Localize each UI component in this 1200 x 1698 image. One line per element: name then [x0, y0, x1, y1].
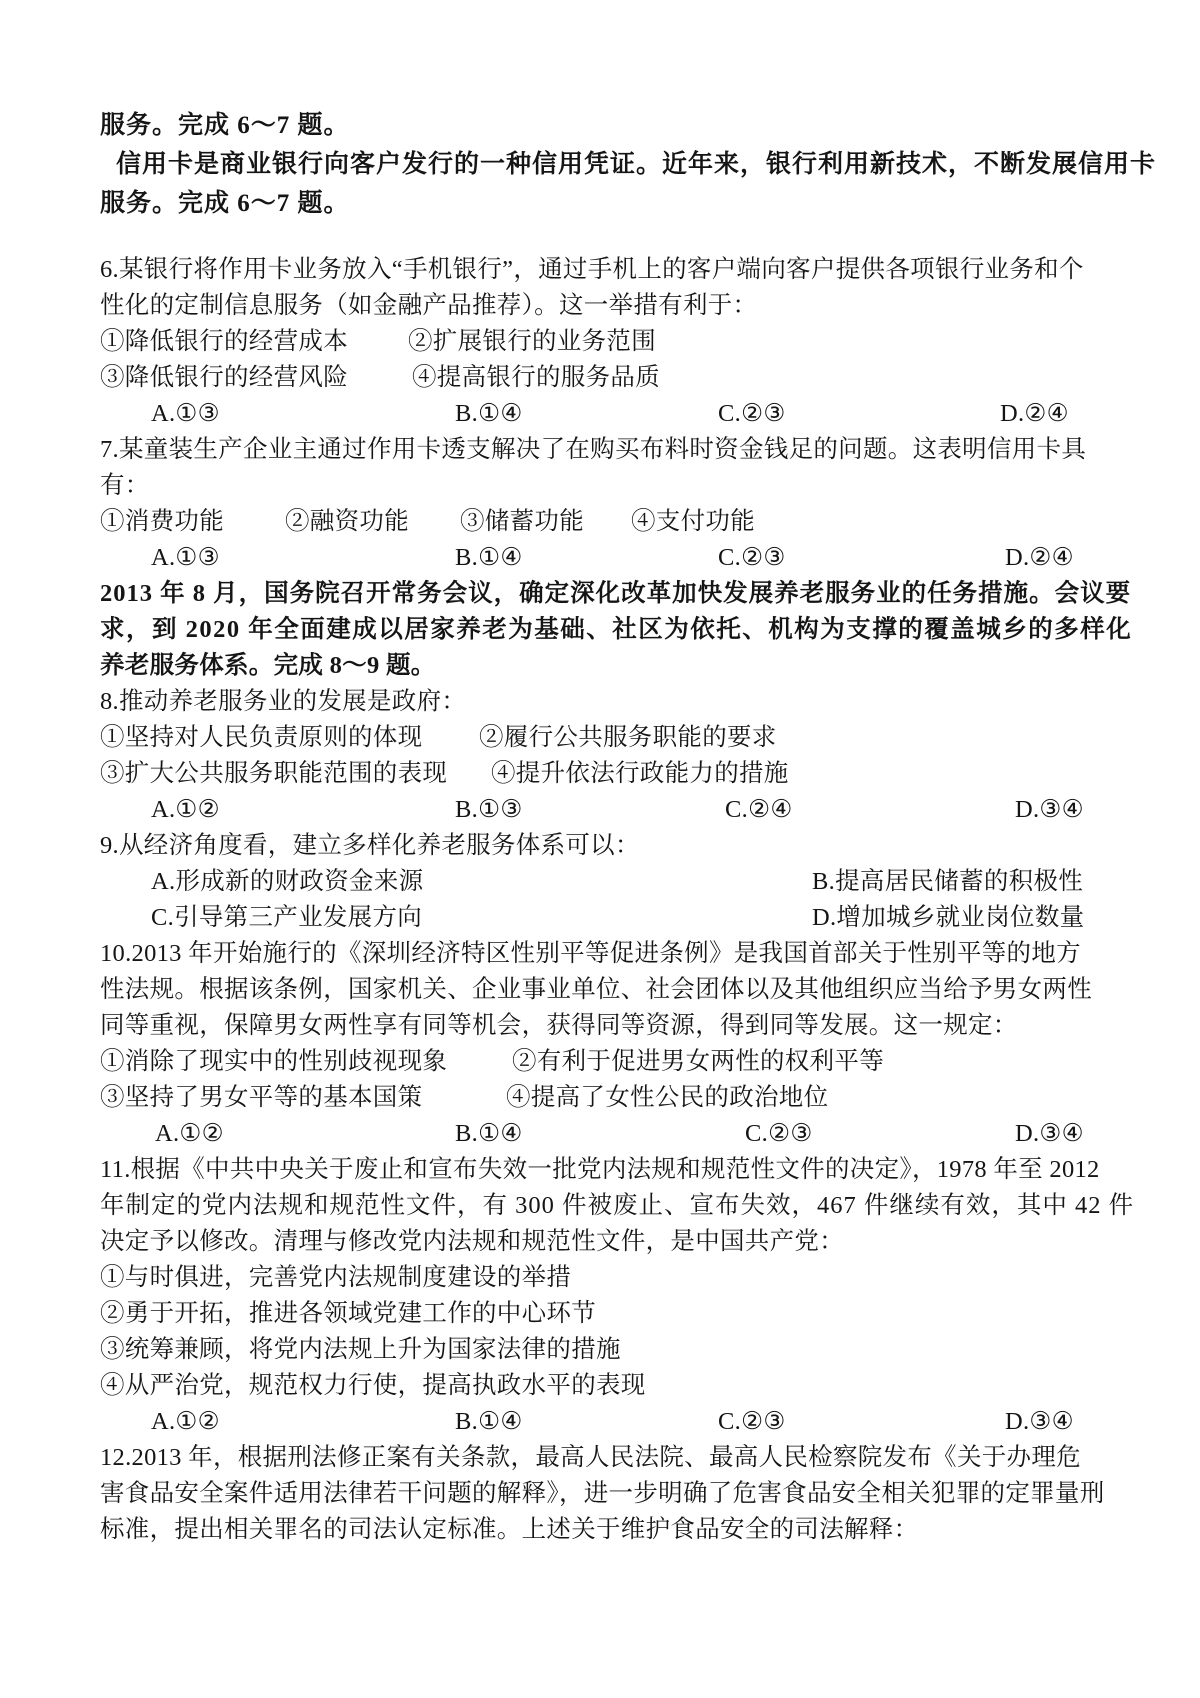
q9-option-a: A.形成新的财政资金来源 — [151, 864, 423, 900]
question-11-options-row: A.①② B.①④ C.②③ D.③④ — [100, 1404, 1106, 1440]
q11-choice-4: ④从严治党，规范权力行使，提高执政水平的表现 — [100, 1368, 1106, 1404]
q8-choice-3: ③扩大公共服务职能范围的表现 — [100, 756, 447, 792]
question-7-stem-line-2: 有： — [100, 468, 1106, 504]
question-6-choices-row-2: ③降低银行的经营风险 ④提高银行的服务品质 — [100, 360, 1106, 396]
q8-option-d: D.③④ — [1015, 792, 1084, 828]
q6-choice-2: ②扩展银行的业务范围 — [408, 324, 656, 360]
intro-elder-line-2: 求，到 2020 年全面建成以居家养老为基础、社区为依托、机构为支撑的覆盖城乡的… — [100, 612, 1106, 648]
q6-option-c: C.②③ — [718, 396, 786, 432]
exam-page: 服务。完成 6～7 题。 信用卡是商业银行向客户发行的一种信用凭证。近年来，银行… — [0, 0, 1200, 1698]
q11-choice-1: ①与时俱进，完善党内法规制度建设的举措 — [100, 1260, 1106, 1296]
q6-choice-4: ④提高银行的服务品质 — [412, 360, 660, 396]
q10-option-d: D.③④ — [1015, 1116, 1084, 1152]
question-10-stem-line-2: 性法规。根据该条例，国家机关、企业事业单位、社会团体以及其他组织应当给予男女两性 — [100, 972, 1106, 1008]
q6-choice-1: ①降低银行的经营成本 — [100, 324, 348, 360]
question-6-stem-line-2: 性化的定制信息服务（如金融产品推荐）。这一举措有利于： — [100, 288, 1106, 324]
question-7-options-row: A.①③ B.①④ C.②③ D.②④ — [100, 540, 1106, 576]
q7-option-b: B.①④ — [455, 540, 523, 576]
q6-choice-3: ③降低银行的经营风险 — [100, 360, 348, 396]
question-11-stem-line-3: 决定予以修改。清理与修改党内法规和规范性文件，是中国共产党： — [100, 1224, 1106, 1260]
q10-option-a: A.①② — [155, 1116, 224, 1152]
question-10-options-row: A.①② B.①④ C.②③ D.③④ — [100, 1116, 1106, 1152]
q7-option-c: C.②③ — [718, 540, 786, 576]
q9-option-c: C.引导第三产业发展方向 — [151, 900, 422, 936]
q10-option-b: B.①④ — [455, 1116, 523, 1152]
q11-option-a: A.①② — [151, 1404, 220, 1440]
question-11-stem-line-1: 11.根据《中共中央关于废止和宣布失效一批党内法规和规范性文件的决定》，1978… — [100, 1152, 1106, 1188]
q7-option-a: A.①③ — [151, 540, 220, 576]
q8-option-a: A.①② — [151, 792, 220, 828]
q6-option-a: A.①③ — [151, 396, 220, 432]
q11-choice-2: ②勇于开拓，推进各领域党建工作的中心环节 — [100, 1296, 1106, 1332]
intro-elder-line-3: 养老服务体系。完成 8～9 题。 — [100, 648, 1106, 684]
question-11-stem-line-2: 年制定的党内法规和规范性文件，有 300 件被废止、宣布失效，467 件继续有效… — [100, 1188, 1106, 1224]
spacer — [100, 223, 1106, 252]
question-6-choices-row-1: ①降低银行的经营成本 ②扩展银行的业务范围 — [100, 324, 1106, 360]
intro-credit-line-1: 服务。完成 6～7 题。 — [100, 106, 1106, 145]
q7-option-d: D.②④ — [1005, 540, 1074, 576]
q10-choice-4: ④提高了女性公民的政治地位 — [506, 1080, 828, 1116]
question-9-options-row-2: C.引导第三产业发展方向 D.增加城乡就业岗位数量 — [100, 900, 1106, 936]
q6-option-d: D.②④ — [1000, 396, 1069, 432]
intro-elder-line-1: 2013 年 8 月，国务院召开常务会议，确定深化改革加快发展养老服务业的任务措… — [100, 576, 1106, 612]
question-7-choices-row: ①消费功能 ②融资功能 ③储蓄功能 ④支付功能 — [100, 504, 1106, 540]
q11-option-d: D.③④ — [1005, 1404, 1074, 1440]
q10-option-c: C.②③ — [745, 1116, 813, 1152]
q8-choice-1: ①坚持对人民负责原则的体现 — [100, 720, 422, 756]
q11-option-b: B.①④ — [455, 1404, 523, 1440]
question-8-options-row: A.①② B.①③ C.②④ D.③④ — [100, 792, 1106, 828]
q10-choice-3: ③坚持了男女平等的基本国策 — [100, 1080, 422, 1116]
q7-choice-1: ①消费功能 — [100, 504, 224, 540]
q9-option-d: D.增加城乡就业岗位数量 — [812, 900, 1084, 936]
q6-option-b: B.①④ — [455, 396, 523, 432]
question-9-stem-line-1: 9.从经济角度看，建立多样化养老服务体系可以： — [100, 828, 1106, 864]
question-8-stem-line-1: 8.推动养老服务业的发展是政府： — [100, 684, 1106, 720]
question-10-choices-row-1: ①消除了现实中的性别歧视现象 ②有利于促进男女两性的权利平等 — [100, 1044, 1106, 1080]
intro-credit-line-3: 服务。完成 6～7 题。 — [100, 184, 1106, 223]
q7-choice-2: ②融资功能 — [285, 504, 409, 540]
question-9-options-row-1: A.形成新的财政资金来源 B.提高居民储蓄的积极性 — [100, 864, 1106, 900]
question-8-choices-row-1: ①坚持对人民负责原则的体现 ②履行公共服务职能的要求 — [100, 720, 1106, 756]
q11-option-c: C.②③ — [718, 1404, 786, 1440]
q10-choice-2: ②有利于促进男女两性的权利平等 — [512, 1044, 884, 1080]
q11-choice-3: ③统筹兼顾，将党内法规上升为国家法律的措施 — [100, 1332, 1106, 1368]
question-8-choices-row-2: ③扩大公共服务职能范围的表现 ④提升依法行政能力的措施 — [100, 756, 1106, 792]
question-12-stem-line-2: 害食品安全案件适用法律若干问题的解释》，进一步明确了危害食品安全相关犯罪的定罪量… — [100, 1476, 1106, 1512]
question-12-stem-line-1: 12.2013 年，根据刑法修正案有关条款，最高人民法院、最高人民检察院发布《关… — [100, 1440, 1106, 1476]
q7-choice-3: ③储蓄功能 — [460, 504, 584, 540]
q8-choice-4: ④提升依法行政能力的措施 — [491, 756, 789, 792]
q8-option-c: C.②④ — [725, 792, 793, 828]
q8-choice-2: ②履行公共服务职能的要求 — [479, 720, 777, 756]
q7-choice-4: ④支付功能 — [631, 504, 755, 540]
q10-choice-1: ①消除了现实中的性别歧视现象 — [100, 1044, 447, 1080]
question-7-stem-line-1: 7.某童装生产企业主通过作用卡透支解决了在购买布料时资金钱足的问题。这表明信用卡… — [100, 432, 1106, 468]
q9-option-b: B.提高居民储蓄的积极性 — [812, 864, 1083, 900]
q8-option-b: B.①③ — [455, 792, 523, 828]
question-6-stem-line-1: 6.某银行将作用卡业务放入“手机银行”，通过手机上的客户端向客户提供各项银行业务… — [100, 252, 1106, 288]
question-6-options-row: A.①③ B.①④ C.②③ D.②④ — [100, 396, 1106, 432]
question-10-stem-line-1: 10.2013 年开始施行的《深圳经济特区性别平等促进条例》是我国首部关于性别平… — [100, 936, 1106, 972]
question-12-stem-line-3: 标准，提出相关罪名的司法认定标准。上述关于维护食品安全的司法解释： — [100, 1512, 1106, 1548]
intro-credit-line-2: 信用卡是商业银行向客户发行的一种信用凭证。近年来，银行利用新技术，不断发展信用卡 — [100, 145, 1106, 184]
question-10-stem-line-3: 同等重视，保障男女两性享有同等机会，获得同等资源，得到同等发展。这一规定： — [100, 1008, 1106, 1044]
question-10-choices-row-2: ③坚持了男女平等的基本国策 ④提高了女性公民的政治地位 — [100, 1080, 1106, 1116]
